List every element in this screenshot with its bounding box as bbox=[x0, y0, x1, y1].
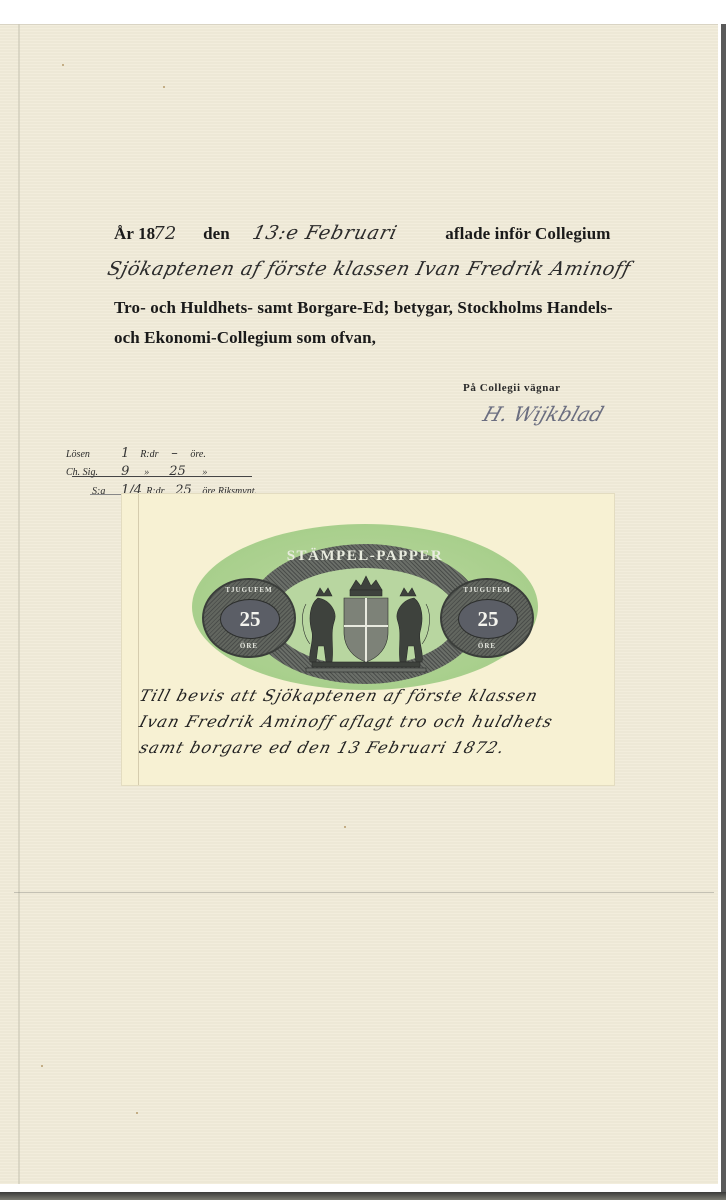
fold-line-vertical bbox=[18, 24, 20, 1184]
fee-label: Lösen bbox=[66, 449, 116, 460]
stamp-value-left: TJUGUFEM 25 ÖRE bbox=[202, 578, 296, 658]
value-number: 25 bbox=[458, 599, 518, 639]
oath-taker-name: Sjökaptenen af förste klassen Ivan Fredr… bbox=[105, 258, 633, 280]
paper-speck bbox=[344, 826, 346, 828]
stamp-banner: STÄMPEL-PAPPER bbox=[248, 548, 482, 565]
fee-ore: – bbox=[171, 446, 185, 461]
value-number: 25 bbox=[220, 599, 280, 639]
signature: H. Wijkblad bbox=[484, 402, 603, 426]
date-handwritten: 13:e Februari bbox=[250, 222, 425, 244]
document-sheet: År 1872 den 13:e Februari aflade inför C… bbox=[0, 24, 718, 1184]
stamp-handwriting-line-3: samt borgare ed den 13 Februari 1872. bbox=[137, 738, 507, 757]
stamp-value-right: TJUGUFEM 25 ÖRE bbox=[440, 578, 534, 658]
stamp-handwriting-line-2: Ivan Fredrik Aminoff aflagt tro och huld… bbox=[137, 712, 555, 731]
year-handwritten: 72 bbox=[153, 223, 176, 244]
fee-rdr: 1 bbox=[121, 446, 135, 461]
paper-speck bbox=[62, 64, 64, 66]
coat-of-arms-icon bbox=[298, 574, 434, 674]
value-word-top: TJUGUFEM bbox=[204, 586, 294, 594]
value-word-bottom: ÖRE bbox=[442, 642, 532, 650]
value-word-bottom: ÖRE bbox=[204, 642, 294, 650]
oath-line-4: och Ekonomi-Collegium som ofvan, bbox=[114, 328, 376, 348]
fee-total-label: S:a bbox=[92, 486, 116, 497]
signature-handwritten: H. Wijkblad bbox=[480, 402, 607, 426]
tax-stamp-paper: STÄMPEL-PAPPER bbox=[122, 494, 614, 785]
den-label: den bbox=[203, 224, 230, 243]
fee-rdr-unit: R:dr bbox=[140, 449, 166, 460]
fee-sum-rule bbox=[72, 476, 252, 477]
stamp-crease bbox=[138, 494, 139, 785]
paper-speck bbox=[163, 86, 165, 88]
fee-row-losen: Lösen 1 R:dr – öre. bbox=[66, 442, 206, 461]
year-prefix: År 18 bbox=[114, 224, 155, 243]
scan-edge-right bbox=[721, 24, 726, 1200]
scan-edge-bottom bbox=[0, 1192, 726, 1200]
stamp-handwriting-line-1: Till bevis att Sjökaptenen af förste kla… bbox=[137, 686, 541, 705]
paper-speck bbox=[41, 1065, 43, 1067]
oath-line-2-handwritten: Sjökaptenen af förste klassen Ivan Fredr… bbox=[108, 256, 630, 280]
oath-line-1: År 1872 den 13:e Februari aflade inför C… bbox=[114, 222, 611, 244]
fee-ore-unit: öre. bbox=[190, 449, 205, 460]
oath-line-3: Tro- och Huldhets- samt Borgare-Ed; bety… bbox=[114, 298, 613, 318]
signature-label: På Collegii vägnar bbox=[463, 382, 561, 394]
fold-line-horizontal bbox=[14, 892, 714, 893]
value-word-top: TJUGUFEM bbox=[442, 586, 532, 594]
paper-speck bbox=[136, 1112, 138, 1114]
aflade-text: aflade inför Collegium bbox=[445, 224, 610, 243]
